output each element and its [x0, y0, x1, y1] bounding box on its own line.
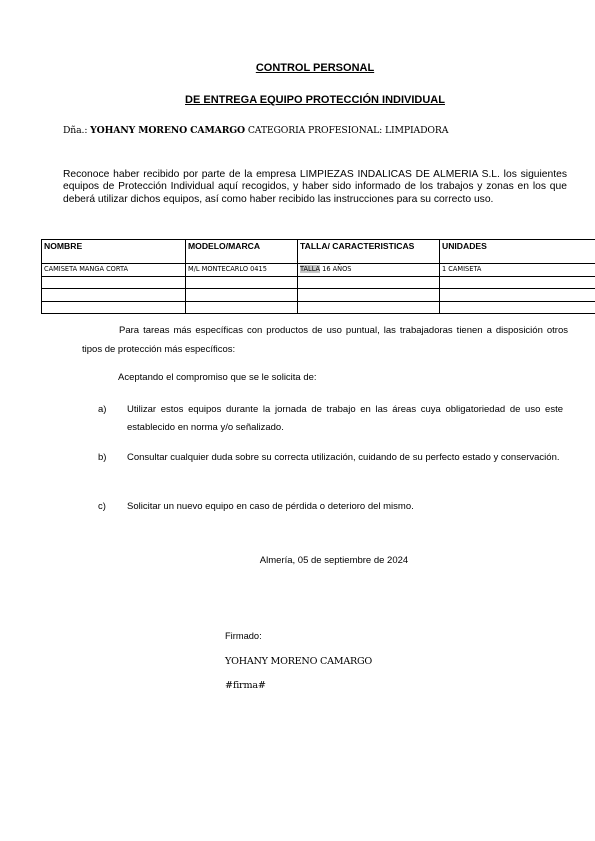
cell-empty	[186, 289, 298, 302]
cell-empty	[42, 289, 186, 302]
document-title: CONTROL PERSONAL	[0, 62, 595, 74]
equipment-table: NOMBRE MODELO/MARCA TALLA/ CARACTERISTIC…	[41, 239, 595, 314]
cell-empty	[440, 301, 595, 314]
recipient-prefix: Dña.:	[63, 125, 87, 136]
header-unidades: UNIDADES	[440, 240, 595, 264]
category-label: CATEGORIA PROFESIONAL:	[248, 125, 382, 136]
header-talla: TALLA/ CARACTERISTICAS	[298, 240, 440, 264]
header-modelo: MODELO/MARCA	[186, 240, 298, 264]
list-text: Utilizar estos equipos durante la jornad…	[127, 401, 563, 437]
cell-empty	[440, 289, 595, 302]
list-label: c)	[98, 498, 106, 516]
cell-empty	[298, 301, 440, 314]
table-header-row: NOMBRE MODELO/MARCA TALLA/ CARACTERISTIC…	[42, 240, 595, 264]
cell-empty	[186, 301, 298, 314]
list-label: b)	[98, 449, 106, 467]
recipient-line: Dña.: YOHANY MORENO CAMARGO CATEGORIA PR…	[63, 125, 448, 136]
list-label: a)	[98, 401, 106, 419]
cell-empty	[42, 276, 186, 289]
acceptance-paragraph: Aceptando el compromiso que se le solici…	[118, 372, 317, 384]
list-text: Consultar cualquier duda sobre su correc…	[127, 449, 563, 467]
table-row	[42, 276, 595, 289]
cell-empty	[186, 276, 298, 289]
signature-placeholder: #firma#	[225, 680, 266, 691]
category-value: LIMPIADORA	[385, 125, 448, 136]
signer-name: YOHANY MORENO CAMARGO	[225, 656, 372, 667]
table-row	[42, 289, 595, 302]
header-nombre: NOMBRE	[42, 240, 186, 264]
signed-label: Firmado:	[225, 631, 262, 641]
cell-modelo: M/L MONTECARLO 0415	[186, 264, 298, 277]
cell-nombre: CAMISETA MANGA CORTA	[42, 264, 186, 277]
document-subtitle: DE ENTREGA EQUIPO PROTECCIÓN INDIVIDUAL	[0, 94, 595, 106]
place-date: Almería, 05 de septiembre de 2024	[0, 555, 595, 566]
cell-talla: TALLA 16 AÑOS	[298, 264, 440, 277]
recipient-name: YOHANY MORENO CAMARGO	[90, 125, 245, 136]
cell-empty	[42, 301, 186, 314]
table-row	[42, 301, 595, 314]
highlighted-talla: TALLA	[300, 265, 320, 273]
cell-unidades: 1 CAMISETA	[440, 264, 595, 277]
cell-empty	[298, 276, 440, 289]
intro-paragraph: Reconoce haber recibido por parte de la …	[63, 169, 567, 206]
cell-empty	[440, 276, 595, 289]
table-row: CAMISETA MANGA CORTA M/L MONTECARLO 0415…	[42, 264, 595, 277]
list-text: Solicitar un nuevo equipo en caso de pér…	[127, 498, 563, 516]
talla-value: 16 AÑOS	[322, 265, 351, 273]
specific-protection-paragraph: Para tareas más específicas con producto…	[82, 321, 568, 359]
cell-empty	[298, 289, 440, 302]
